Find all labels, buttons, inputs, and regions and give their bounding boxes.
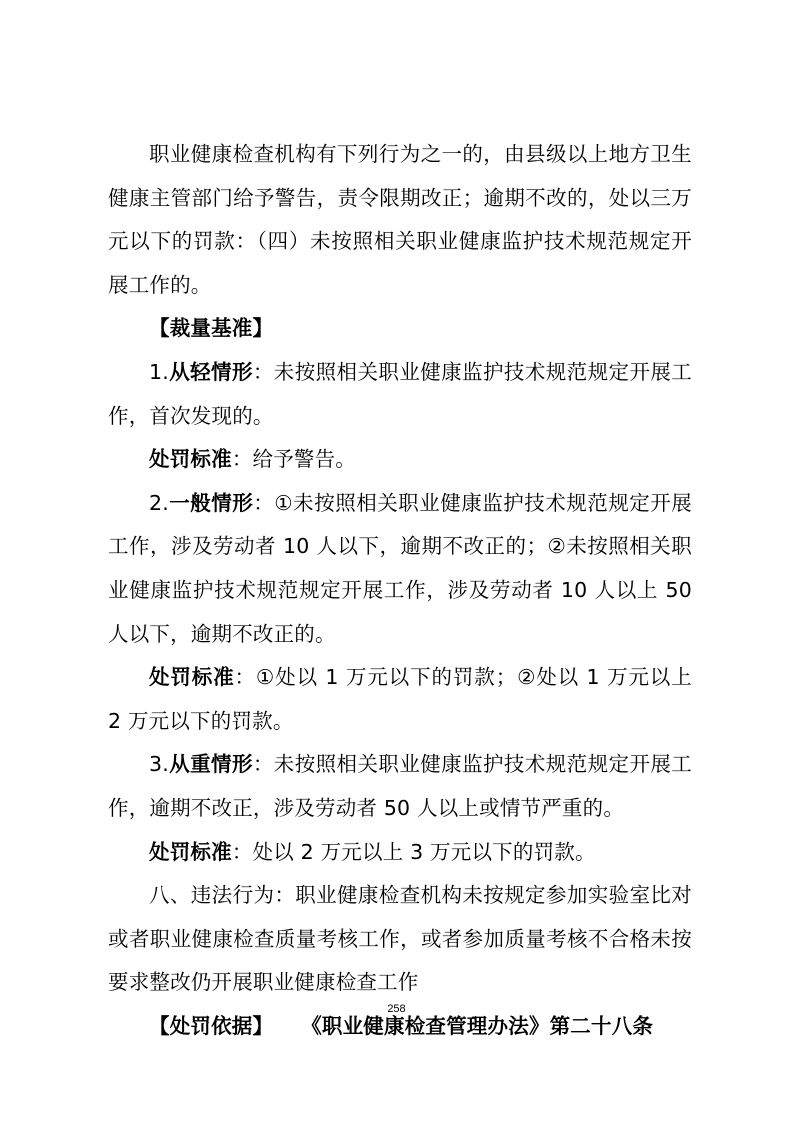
page-number: 258 [0, 1003, 793, 1015]
penalty-text: ：处以 2 万元以上 3 万元以下的罚款。 [232, 840, 596, 864]
item-lenient: 1.从轻情形：未按照相关职业健康监护技术规范规定开展工作，首次发现的。 [108, 351, 692, 438]
penalty-label: 处罚标准 [149, 665, 235, 689]
item-severe: 3.从重情形：未按照相关职业健康监护技术规范规定开展工作，逾期不改正，涉及劳动者… [108, 743, 692, 830]
penalty-label: 处罚标准 [149, 447, 232, 471]
item-general: 2.一般情形：①未按照相关职业健康监护技术规范规定开展工作，涉及劳动者 10 人… [108, 482, 692, 656]
item-label: 从重情形 [169, 752, 253, 776]
criteria-heading: 【裁量基准】 [108, 307, 692, 351]
section-8-paragraph: 八、违法行为：职业健康检查机构未按规定参加实验室比对或者职业健康检查质量考核工作… [108, 874, 692, 1005]
penalty-general: 处罚标准：①处以 1 万元以下的罚款；②处以 1 万元以上 2 万元以下的罚款。 [108, 656, 692, 743]
penalty-lenient: 处罚标准：给予警告。 [108, 438, 692, 482]
document-page: 职业健康检查机构有下列行为之一的，由县级以上地方卫生健康主管部门给予警告，责令限… [108, 133, 692, 1048]
item-number: 1. [149, 360, 169, 384]
basis-text: 《职业健康检查管理办法》第二十八条 [301, 1014, 653, 1038]
penalty-label: 处罚标准 [149, 840, 232, 864]
item-number: 3. [149, 752, 169, 776]
penalty-text: ：给予警告。 [232, 447, 356, 471]
item-label: 一般情形 [169, 491, 253, 515]
penalty-severe: 处罚标准：处以 2 万元以上 3 万元以下的罚款。 [108, 831, 692, 875]
item-number: 2. [149, 491, 169, 515]
basis-label: 【处罚依据】 [149, 1014, 273, 1038]
item-label: 从轻情形 [169, 360, 253, 384]
intro-paragraph: 职业健康检查机构有下列行为之一的，由县级以上地方卫生健康主管部门给予警告，责令限… [108, 133, 692, 307]
